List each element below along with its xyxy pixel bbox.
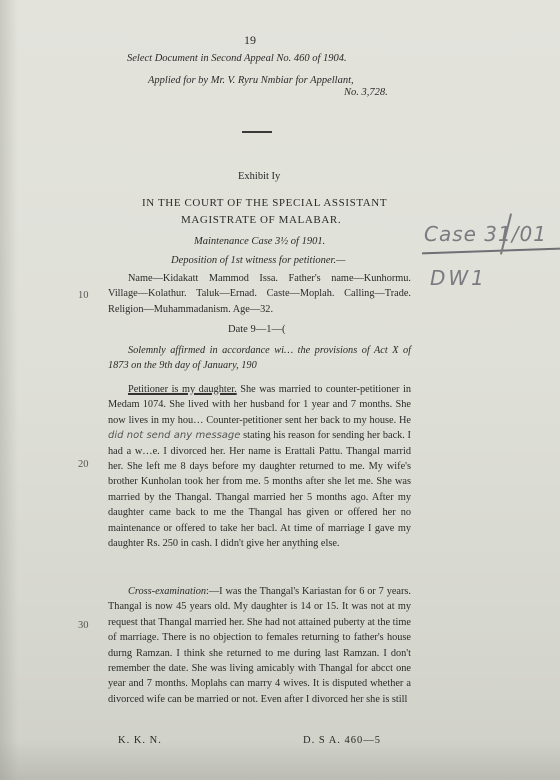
- examination-text: Petitioner is my daughter. She was marri…: [108, 382, 411, 551]
- header-line-3: No. 3,728.: [344, 87, 388, 98]
- examination-in-chief: Petitioner is my daughter. She was marri…: [108, 382, 411, 551]
- line-number-20: 20: [78, 459, 89, 470]
- header-line-2: Applied for by Mr. V. Ryru Nmbiar for Ap…: [148, 75, 354, 86]
- cross-examination-body: :—I was the Thangal's Kariastan for 6 or…: [108, 586, 411, 705]
- cross-examination-text: Cross-examination:—I was the Thangal's K…: [108, 584, 411, 707]
- margin-annotation-underline: [422, 248, 560, 255]
- margin-annotation-case: Case 31/01: [424, 222, 547, 246]
- scan-shadow-left: [0, 0, 18, 780]
- witness-details-text: Name—Kidakatt Mammod Issa. Father's name…: [108, 271, 411, 317]
- affirmation-text: Solemnly affirmed in accordance wi… the …: [108, 343, 411, 374]
- header-line-1: Select Document in Second Appeal No. 460…: [127, 53, 347, 64]
- page-number: 19: [244, 33, 256, 48]
- line-number-10: 10: [78, 290, 89, 301]
- deposition-title: Deposition of 1st witness for petitioner…: [171, 255, 345, 266]
- exhibit-label: Exhibit Iy: [238, 171, 280, 182]
- footer-initials: K. K. N.: [118, 735, 162, 746]
- cross-examination-label: Cross-examination: [128, 586, 206, 597]
- court-title-line-2: MAGISTRATE OF MALABAR.: [181, 214, 341, 226]
- section-rule: [242, 131, 272, 133]
- document-page: 19 Select Document in Second Appeal No. …: [0, 0, 560, 780]
- margin-annotation-witness: DW1: [430, 266, 487, 290]
- underlined-statement: Petitioner is my daughter.: [128, 384, 237, 395]
- examination-part-2: stating his reason for sending her back.…: [108, 430, 411, 549]
- court-title-line-1: IN THE COURT OF THE SPECIAL ASSISTANT: [142, 197, 387, 209]
- handwritten-edit: did not send any message: [108, 430, 240, 441]
- case-number: Maintenance Case 3½ of 1901.: [194, 236, 325, 247]
- scan-shadow-bottom: [0, 740, 560, 780]
- footer-reference: D. S A. 460—5: [303, 735, 381, 746]
- witness-details: Name—Kidakatt Mammod Issa. Father's name…: [108, 271, 411, 317]
- cross-examination: Cross-examination:—I was the Thangal's K…: [108, 584, 411, 707]
- line-number-30: 30: [78, 620, 89, 631]
- affirmation: Solemnly affirmed in accordance wi… the …: [108, 343, 411, 374]
- deposition-date: Date 9—1—(: [228, 324, 285, 335]
